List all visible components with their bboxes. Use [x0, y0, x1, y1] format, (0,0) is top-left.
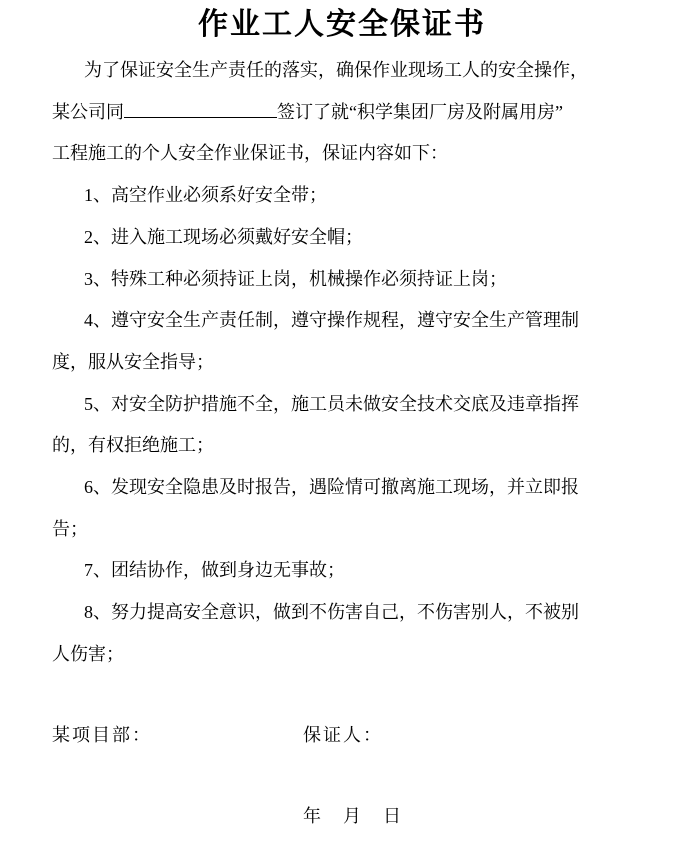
guarantor-label: 保证人： — [303, 715, 383, 757]
list-item-5-line-1: 5、对安全防护措施不全，施工员未做安全技术交底及违章指挥 — [52, 384, 634, 426]
date-line: 年 月 日 — [52, 796, 634, 838]
list-item-8-line-1: 8、努力提高安全意识，做到不伤害自己，不伤害别人，不被别 — [52, 592, 634, 634]
list-item-5-line-2: 的，有权拒绝施工； — [52, 425, 634, 467]
intro-line-2: 某公司同签订了就“积学集团厂房及附属用房” — [52, 92, 634, 134]
signature-row: 某项目部： 保证人： — [52, 715, 634, 757]
list-item-6-line-1: 6、发现安全隐患及时报告，遇险情可撤离施工现场，并立即报 — [52, 467, 634, 509]
date-year-month-day: 年 月 日 — [303, 806, 403, 826]
list-item-6-line-2: 告； — [52, 509, 634, 551]
list-item-7: 7、团结协作，做到身边无事故； — [52, 550, 634, 592]
intro-line-1: 为了保证安全生产责任的落实，确保作业现场工人的安全操作， — [52, 50, 634, 92]
intro-line2-after-blank: 签订了就“积学集团厂房及附属用房” — [277, 102, 563, 122]
document-body: 为了保证安全生产责任的落实，确保作业现场工人的安全操作， 某公司同签订了就“积学… — [0, 45, 684, 838]
list-item-3: 3、特殊工种必须持证上岗，机械操作必须持证上岗； — [52, 259, 634, 301]
list-item-2: 2、进入施工现场必须戴好安全帽； — [52, 217, 634, 259]
intro-line-3: 工程施工的个人安全作业保证书，保证内容如下： — [52, 133, 634, 175]
project-dept-label: 某项目部： — [52, 725, 152, 745]
intro-line2-before-blank: 某公司同 — [52, 102, 124, 122]
document-page: 作业工人安全保证书 为了保证安全生产责任的落实，确保作业现场工人的安全操作， 某… — [0, 0, 684, 842]
list-item-4-line-1: 4、遵守安全生产责任制，遵守操作规程，遵守安全生产管理制 — [52, 300, 634, 342]
list-item-8-line-2: 人伤害； — [52, 634, 634, 676]
list-item-1: 1、高空作业必须系好安全带； — [52, 175, 634, 217]
fill-in-blank-line — [124, 97, 277, 118]
document-title: 作业工人安全保证书 — [0, 5, 684, 45]
list-item-4-line-2: 度，服从安全指导； — [52, 342, 634, 384]
